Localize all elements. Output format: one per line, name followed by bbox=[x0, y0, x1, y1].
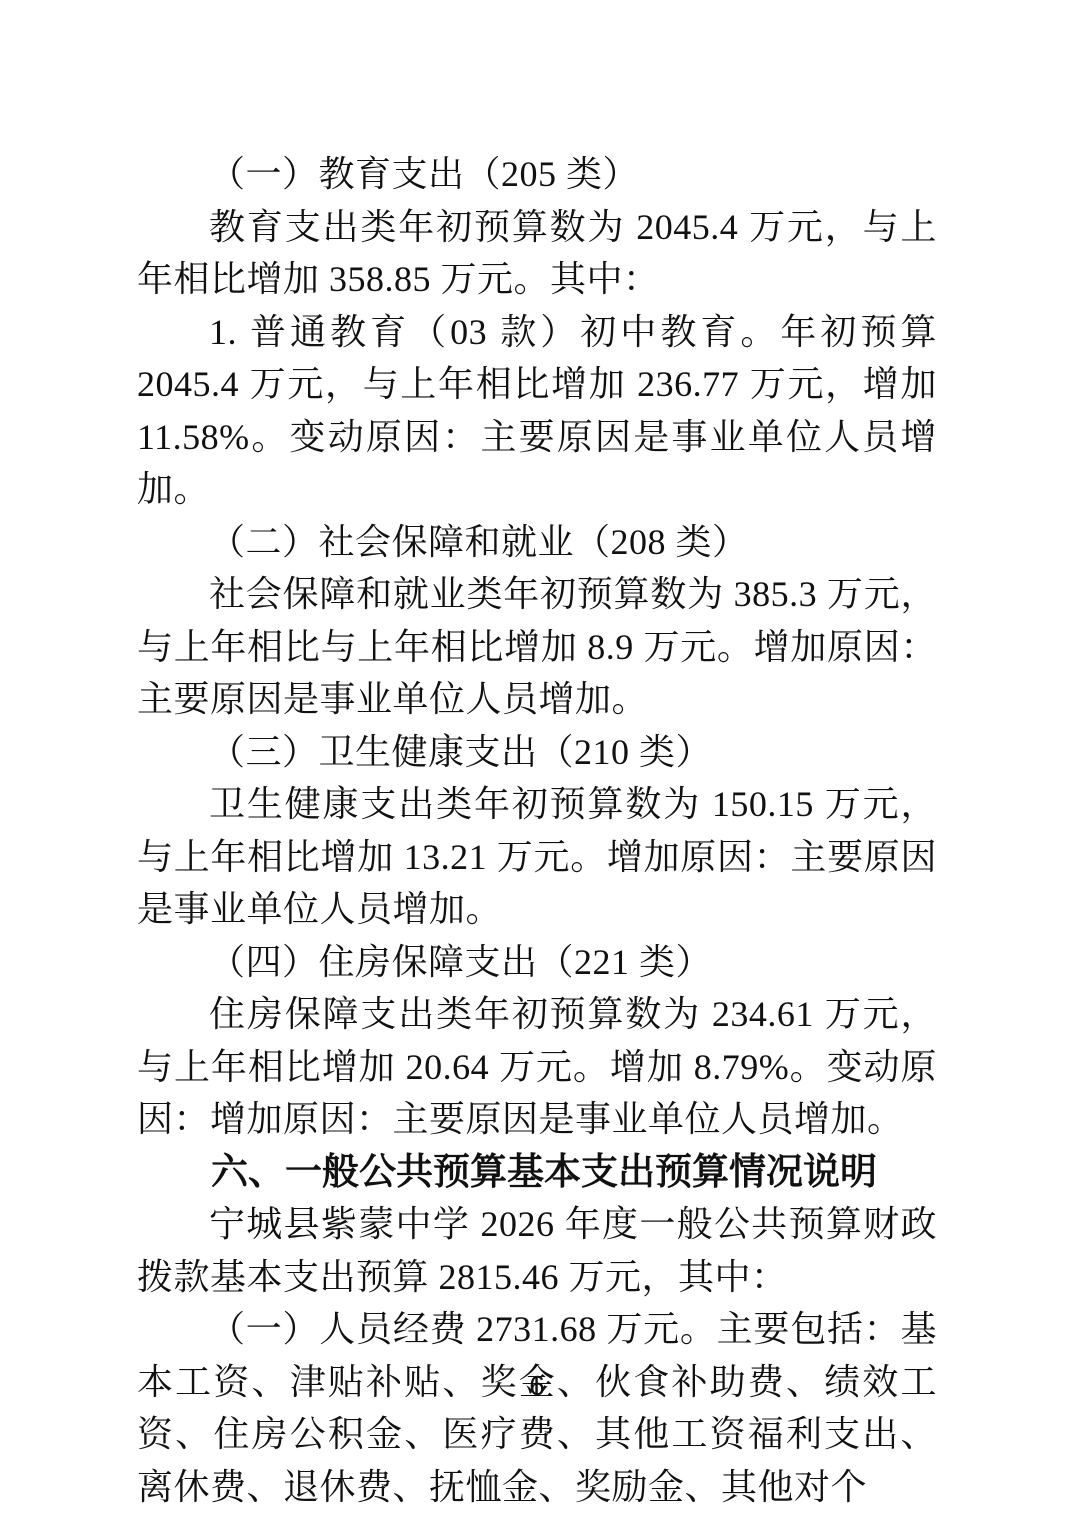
paragraph-housing: 住房保障支出类年初预算数为 234.61 万元，与上年相比增加 20.64 万元… bbox=[137, 988, 937, 1146]
paragraph-education-summary: 教育支出类年初预算数为 2045.4 万元，与上年相比增加 358.85 万元。… bbox=[137, 201, 937, 306]
paragraph-health: 卫生健康支出类年初预算数为 150.15 万元，与上年相比增加 13.21 万元… bbox=[137, 778, 937, 936]
section-heading-basic-expenditure: 六、一般公共预算基本支出预算情况说明 bbox=[137, 1146, 937, 1199]
paragraph-basic-expenditure-summary: 宁城县紫蒙中学 2026 年度一般公共预算财政拨款基本支出预算 2815.46 … bbox=[137, 1198, 937, 1303]
page-number: 6 bbox=[0, 1370, 1074, 1402]
section-heading-education: （一）教育支出（205 类） bbox=[137, 148, 937, 201]
paragraph-education-detail: 1. 普通教育（03 款）初中教育。年初预算 2045.4 万元，与上年相比增加… bbox=[137, 306, 937, 516]
section-heading-housing: （四）住房保障支出（221 类） bbox=[137, 936, 937, 989]
section-heading-social-security: （二）社会保障和就业（208 类） bbox=[137, 516, 937, 569]
paragraph-personnel-expense: （一）人员经费 2731.68 万元。主要包括：基本工资、津贴补贴、奖金、伙食补… bbox=[137, 1303, 937, 1513]
document-page: （一）教育支出（205 类） 教育支出类年初预算数为 2045.4 万元，与上年… bbox=[0, 0, 1074, 1520]
document-text-block: （一）教育支出（205 类） 教育支出类年初预算数为 2045.4 万元，与上年… bbox=[137, 148, 937, 1513]
section-heading-health: （三）卫生健康支出（210 类） bbox=[137, 726, 937, 779]
paragraph-social-security: 社会保障和就业类年初预算数为 385.3 万元，与上年相比与上年相比增加 8.9… bbox=[137, 568, 937, 726]
